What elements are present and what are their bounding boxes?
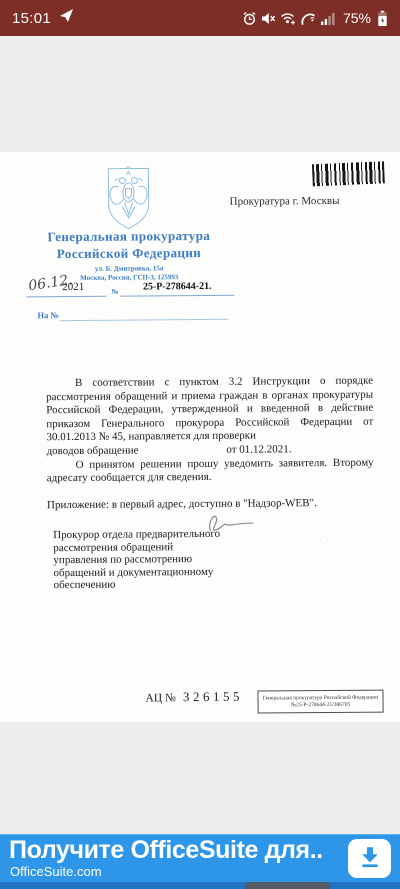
- number-label: №: [111, 288, 118, 296]
- ac-number: 326155: [183, 689, 243, 704]
- battery-icon: [377, 10, 388, 27]
- signer-line: обеспечению: [54, 577, 264, 591]
- registration-stamp: Генеральная прокуратура Российской Федер…: [257, 690, 383, 714]
- mute-icon: [261, 11, 276, 26]
- signal-icon: [320, 11, 336, 26]
- letterhead: Генеральная прокуратура Российской Федер…: [28, 152, 228, 153]
- download-button[interactable]: [348, 839, 391, 878]
- tail-date-text: от 01.12.2021.: [226, 443, 291, 457]
- alarm-icon: [242, 11, 257, 26]
- body-paragraph-1: В соответствии с пунктом 3.2 Инструкции …: [46, 375, 374, 446]
- coat-of-arms-emblem-icon: [102, 165, 155, 236]
- ac-label: АЦ №: [145, 692, 176, 704]
- document-page[interactable]: Прокуратура г. Москвы: [0, 152, 400, 722]
- date-year: 2021: [62, 281, 84, 293]
- outgoing-number: 25-Р-278644-21.: [120, 281, 234, 293]
- faint-pencil-marks: . ..: [319, 535, 334, 543]
- handwritten-signature: [201, 510, 259, 545]
- ad-banner[interactable]: Получите OfficeSuite для.. OfficeSuite.c…: [0, 834, 400, 882]
- clock-time: 15:01: [12, 10, 51, 27]
- download-icon: [357, 844, 383, 873]
- tail-left-text: доводов обращение: [47, 444, 139, 458]
- bottom-strip: [0, 882, 400, 889]
- org-name-line2: Российской Федерации: [29, 245, 229, 263]
- registration-number-row: АЦ №326155: [145, 688, 243, 707]
- ad-headline[interactable]: Получите OfficeSuite для..: [9, 836, 323, 865]
- send-icon: [59, 8, 74, 28]
- stamp-line2: №25-Р-278644-21/386705: [291, 701, 350, 708]
- navigation-pill[interactable]: [245, 882, 330, 889]
- barcode: [312, 161, 385, 186]
- ad-source: OfficeSuite.com: [10, 864, 102, 879]
- org-address-line1: ул. Б. Дмитровка, 15а: [29, 264, 229, 274]
- body-paragraph-2: О принятом решении прошу уведомить заяви…: [47, 456, 374, 486]
- wifi-plus-icon: [280, 11, 296, 26]
- reference-label: На №: [37, 310, 59, 320]
- status-bar: 15:01 75%: [0, 0, 400, 36]
- battery-percent: 75%: [343, 10, 371, 26]
- wifi-calling-icon: [300, 11, 316, 26]
- recipient-line: Прокуратура г. Москвы: [230, 195, 340, 208]
- letter-body: В соответствии с пунктом 3.2 Инструкции …: [46, 375, 375, 592]
- org-name-line1: Генеральная прокуратура: [29, 228, 229, 246]
- date-underline: [26, 296, 106, 298]
- reference-underline: [61, 319, 229, 321]
- number-underline: [120, 295, 234, 297]
